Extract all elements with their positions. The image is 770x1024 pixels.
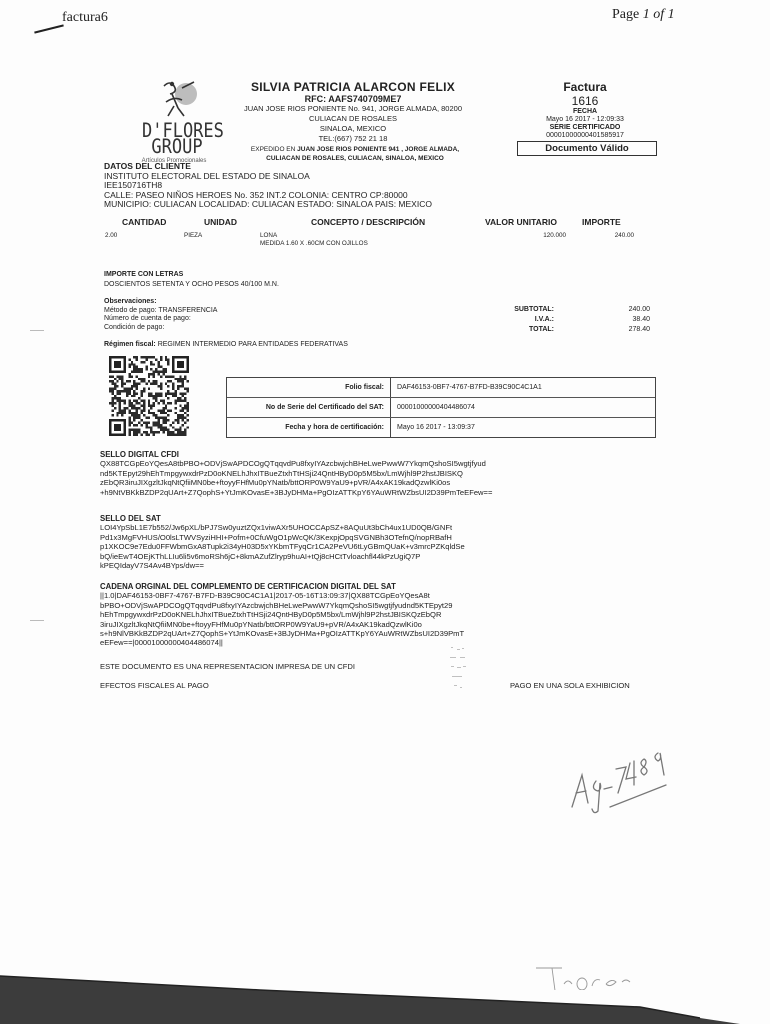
serie-label: SERIE CERTIFICADO (510, 124, 660, 132)
page-current: 1 (643, 7, 650, 22)
subtotal-label: SUBTOTAL: (470, 305, 554, 314)
sello-sat-line: Pd1x3MgFVHUS/O0lsLTWVSyziHHI+Pofm+0CfuWg… (100, 533, 570, 542)
cell-concepto-title: LONA (260, 232, 368, 240)
efectos-text: EFECTOS FISCALES AL PAGO (100, 681, 209, 690)
cuenta-pago: Número de cuenta de pago: (104, 315, 217, 324)
page-total: 1 (668, 7, 675, 22)
expedido-block: EXPEDIDO EN JUAN JOSE RIOS PONIENTE 941 … (230, 145, 480, 163)
cadena-original-title: CADENA ORGINAL DEL COMPLEMENTO DE CERTIF… (100, 582, 570, 591)
col-header-unidad: UNIDAD (204, 217, 237, 227)
client-municipio: MUNICIPIO: CULIACAN LOCALIDAD: CULIACAN … (104, 200, 432, 210)
scan-noise (448, 645, 470, 695)
importe-letras-block: IMPORTE CON LETRAS DOSCIENTOS SETENTA Y … (104, 270, 279, 290)
client-block: DATOS DEL CLIENTE INSTITUTO ELECTORAL DE… (104, 162, 432, 210)
sello-cfdi-title: SELLO DIGITAL CFDI (100, 450, 570, 459)
cadena-line: hEhTmpgywxdrPzD0oKNELhJhxITBueZtxhTtHSji… (100, 610, 570, 619)
cadena-line: ||1.0|DAF46153-0BF7-4767-B7FD-B39C90C4C1… (100, 591, 570, 600)
sello-cfdi-line: zEbQR3iruJIXgzltJkqNtQfiiMN0be+ftoyyFHfM… (100, 478, 570, 487)
col-header-valor-unitario: VALOR UNITARIO (485, 217, 557, 227)
col-header-importe: IMPORTE (582, 217, 621, 227)
issuer-name: SILVIA PATRICIA ALARCON FELIX (228, 80, 478, 94)
regimen-label: Régimen fiscal: (104, 341, 156, 348)
page-indicator: Page 1 of 1 (612, 7, 675, 23)
expedido-line1: JUAN JOSE RIOS PONIENTE 941 , JORGE ALMA… (297, 146, 459, 153)
cert-label: No de Serie del Certificado del SAT: (227, 398, 391, 417)
col-header-concepto: CONCEPTO / DESCRIPCIÓN (311, 217, 425, 227)
cadena-line: bPBO+ODVjSwAPDCOgQTqqvdPu8fxyIYAzcbwjchB… (100, 601, 570, 610)
invoice-date: Mayo 16 2017 - 12:09:33 (510, 116, 660, 124)
regimen-fiscal: Régimen fiscal: REGIMEN INTERMEDIO PARA … (104, 341, 348, 348)
logo-brand-line2: GROUP (142, 138, 212, 156)
col-header-cantidad: CANTIDAD (122, 217, 166, 227)
page-of: of (653, 7, 664, 22)
representacion-text: ESTE DOCUMENTO ES UNA REPRESENTACION IMP… (100, 662, 355, 671)
qr-code-icon (107, 356, 191, 436)
issuer-address-3: SINALOA, MEXICO (228, 124, 478, 134)
invoice-type: Factura (510, 80, 660, 94)
sello-sat-title: SELLO DEL SAT (100, 514, 570, 523)
observaciones-title: Observaciones: (104, 298, 217, 307)
certification-table: Folio fiscal: DAF46153-0BF7-4767-B7FD-B3… (226, 377, 656, 438)
cell-concepto: LONA MEDIDA 1.60 X .60CM CON OJILLOS (260, 232, 368, 248)
sello-sat-block: SELLO DEL SAT LOI4YpSbL1E7b552/Jw6pXL/bP… (100, 514, 570, 570)
cert-label: Fecha y hora de certificación: (227, 418, 391, 437)
sello-sat-line: kPEQIdayV7S4Av4BYps/dw== (100, 561, 570, 570)
cert-value: Mayo 16 2017 - 13:09:37 (391, 418, 475, 437)
sello-cfdi-line: +h9NtVBKkBZDP2qUArt+Z7QophS+YtJmKOvasE+3… (100, 488, 570, 497)
issuer-rfc: RFC: AAFS740709ME7 (228, 94, 478, 104)
status-badge: Documento Válido (517, 141, 657, 156)
cert-row-fecha: Fecha y hora de certificación: Mayo 16 2… (227, 418, 655, 437)
company-logo: D'FLORES GROUP Artículos Promocionales (142, 78, 212, 162)
cell-valor-unitario: 120.000 (520, 232, 566, 240)
handwritten-annotation: Ag-7489 (560, 745, 680, 815)
regimen-value: REGIMEN INTERMEDIO PARA ENTIDADES FEDERA… (158, 341, 348, 348)
sello-sat-line: bQ/ieEwT4OEjKThLLIu6li5v6moRSh6jC+8kmAZu… (100, 552, 570, 561)
cell-unidad: PIEZA (184, 232, 202, 240)
observaciones-block: Observaciones: Método de pago: TRANSFERE… (104, 298, 217, 332)
invoice-info: Factura 1616 FECHA Mayo 16 2017 - 12:09:… (510, 80, 660, 140)
cadena-line: eEFew==|00001000000404486074|| (100, 638, 570, 647)
cadena-original-block: CADENA ORGINAL DEL COMPLEMENTO DE CERTIF… (100, 582, 570, 648)
cadena-line: 3iruJIXgzltJkqNtQfiiMN0be+ftoyyFHfMu0pYN… (100, 620, 570, 629)
subtotal-value: 240.00 (590, 305, 650, 314)
invoice-number: 1616 (510, 94, 660, 108)
expedido-prefix: EXPEDIDO EN (251, 146, 295, 153)
cert-value: 00001000000404486074 (391, 398, 475, 417)
cert-value: DAF46153-0BF7-4767-B7FD-B39C90C4C1A1 (391, 378, 542, 397)
margin-mark (30, 330, 44, 331)
document-name: factura6 (62, 10, 108, 26)
condicion-pago: Condición de pago: (104, 324, 217, 333)
cadena-line: s+h9NlVBKkBZDP2qUArt+Z7QophS+YtJmKOvasE+… (100, 629, 570, 638)
cell-cantidad: 2.00 (105, 232, 117, 240)
margin-mark (30, 620, 44, 621)
iva-label: I.V.A.: (470, 315, 554, 324)
serie-value: 00001000000401585917 (510, 132, 660, 140)
metodo-pago: Método de pago: TRANSFERENCIA (104, 307, 217, 316)
importe-letras-value: DOSCIENTOS SETENTA Y OCHO PESOS 40/100 M… (104, 280, 279, 290)
page-label: Page (612, 7, 639, 22)
issuer-block: SILVIA PATRICIA ALARCON FELIX RFC: AAFS7… (228, 80, 478, 144)
cert-label: Folio fiscal: (227, 378, 391, 397)
total-label: TOTAL: (470, 325, 554, 334)
issuer-address-1: JUAN JOSE RIOS PONIENTE No. 941, JORGE A… (228, 104, 478, 114)
issuer-phone: TEL:(667) 752 21 18 (228, 134, 478, 144)
sello-cfdi-block: SELLO DIGITAL CFDI QX88TCGpEoYQesA8tbPBO… (100, 450, 570, 497)
importe-letras-title: IMPORTE CON LETRAS (104, 270, 279, 280)
cell-importe: 240.00 (590, 232, 634, 240)
cert-row-folio: Folio fiscal: DAF46153-0BF7-4767-B7FD-B3… (227, 378, 655, 398)
total-value: 278.40 (590, 325, 650, 334)
cert-row-serie: No de Serie del Certificado del SAT: 000… (227, 398, 655, 418)
dancer-figure-icon (152, 78, 202, 118)
pago-text: PAGO EN UNA SOLA EXHIBICION (510, 681, 630, 690)
cell-descripcion: MEDIDA 1.60 X .60CM CON OJILLOS (260, 240, 368, 248)
issuer-address-2: CULIACAN DE ROSALES (228, 114, 478, 124)
iva-value: 38.40 (590, 315, 650, 324)
sello-sat-line: p1XKOC9e7Edu0FFWbmGxA8Tupk2i34yH03D5xYKb… (100, 542, 570, 551)
date-label: FECHA (510, 108, 660, 116)
expedido-line2: CULIACAN DE ROSALES, CULIACAN, SINALOA, … (266, 155, 444, 162)
sello-cfdi-line: nd5KTEpyt29hEhTmpgywxdrPzD0oKNELhJhxITBu… (100, 469, 570, 478)
sello-cfdi-line: QX88TCGpEoYQesA8tbPBO+ODVjSwAPDCOgQTqqvd… (100, 459, 570, 468)
scanner-edge (0, 960, 770, 1024)
sello-sat-line: LOI4YpSbL1E7b552/Jw6pXL/bPJ7Sw0yuztZQx1v… (100, 523, 570, 532)
